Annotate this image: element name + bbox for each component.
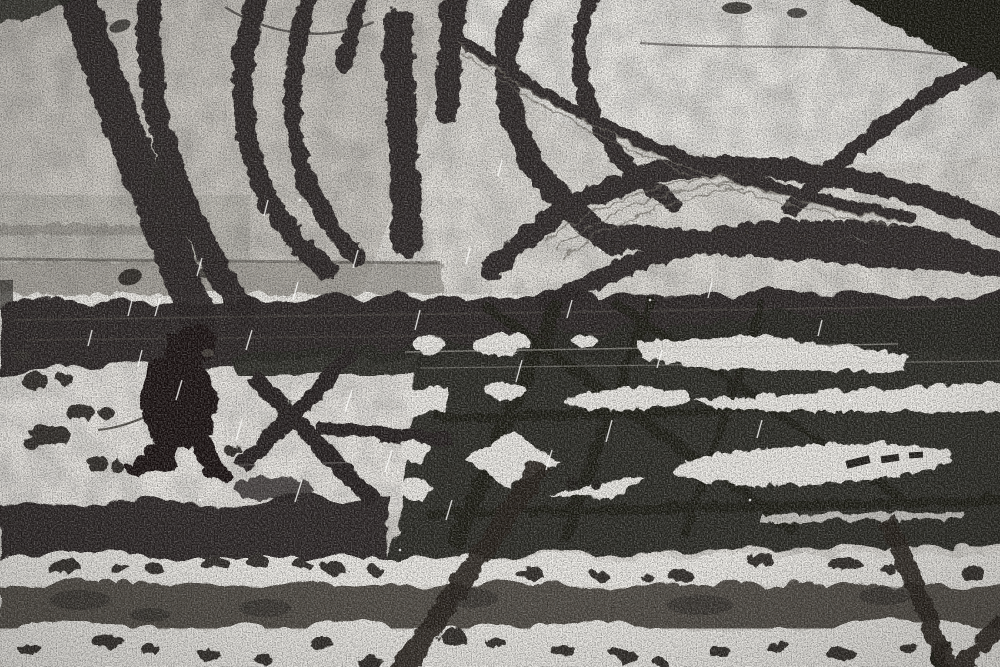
- photograph: Black-and-white overhead photograph of a…: [0, 0, 1000, 667]
- vignette: [0, 0, 1000, 667]
- photo-canvas: [0, 0, 1000, 667]
